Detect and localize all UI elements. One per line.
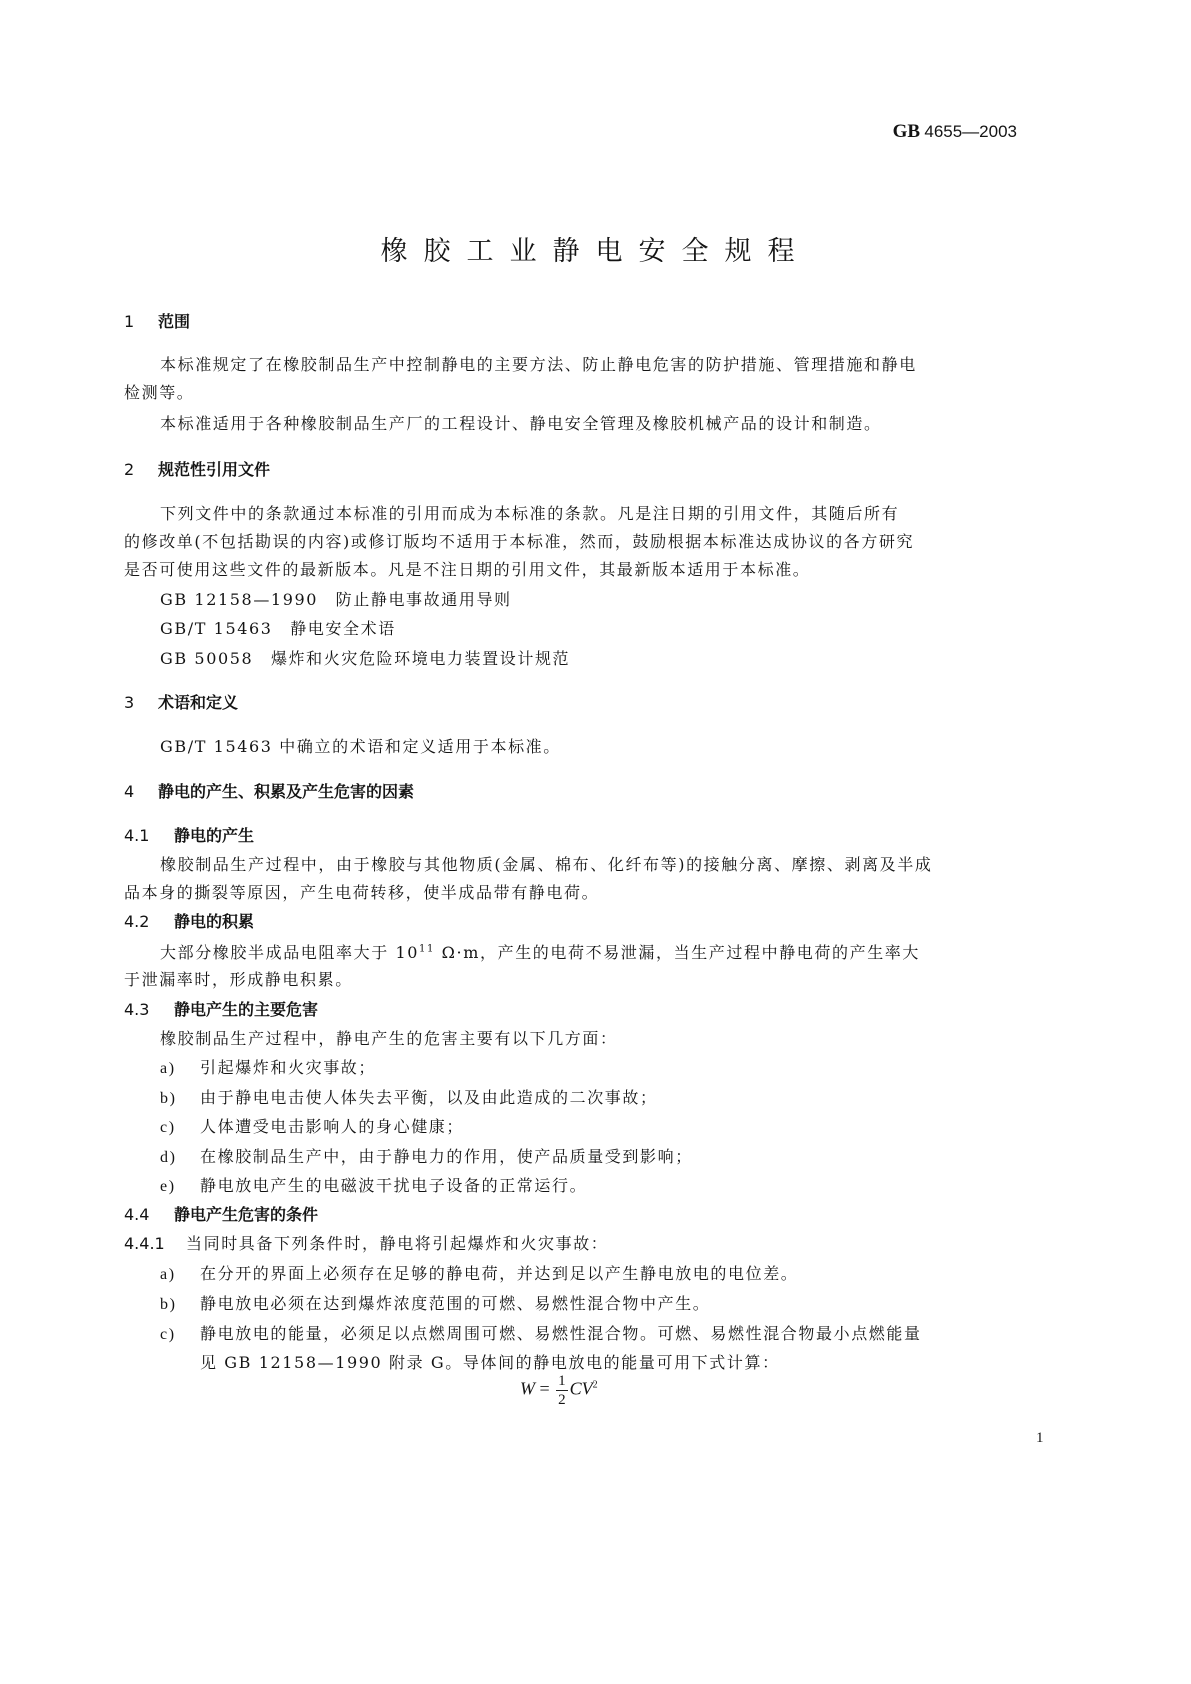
section-4-3-intro: 橡胶制品生产过程中，静电产生的危害主要有以下几方面：: [160, 1026, 618, 1049]
standard-prefix: GB: [893, 121, 920, 142]
list-item-continuation: 见 GB 12158—1990 附录 G。导体间的静电放电的能量可用下式计算：: [200, 1350, 780, 1373]
list-item: b)由于静电电击使人体失去平衡，以及由此造成的二次事故；: [160, 1085, 658, 1108]
section-4-2-line-2: 于泄漏率时，形成静电积累。: [124, 967, 353, 990]
section-2-para-line-3: 是否可使用这些文件的最新版本。凡是不注日期的引用文件，其最新版本适用于本标准。: [124, 557, 810, 580]
section-4-3-heading: 4.3静电产生的主要危害: [124, 997, 318, 1020]
list-item: d)在橡胶制品生产中，由于静电力的作用，使产品质量受到影响；: [160, 1144, 693, 1167]
list-item: a)在分开的界面上必须存在足够的静电荷，并达到足以产生静电放电的电位差。: [160, 1261, 798, 1284]
section-2-para-line-2: 的修改单(不包括勘误的内容)或修订版均不适用于本标准，然而，鼓励根据本标准达成协…: [124, 529, 914, 552]
standard-code: 4655—2003: [924, 122, 1017, 141]
section-1-heading: 1范围: [124, 309, 190, 332]
section-3-para: GB/T 15463 中确立的术语和定义适用于本标准。: [160, 734, 561, 757]
section-4-1-heading: 4.1静电的产生: [124, 823, 254, 846]
section-1-para-1-line-1: 本标准规定了在橡胶制品生产中控制静电的主要方法、防止静电危害的防护措施、管理措施…: [160, 352, 917, 375]
reference-item: GB/T 15463 静电安全术语: [160, 616, 396, 639]
document-title: 橡胶工业静电安全规程: [0, 229, 1191, 268]
section-2-heading: 2规范性引用文件: [124, 457, 270, 480]
section-4-heading: 4静电的产生、积累及产生危害的因素: [124, 779, 414, 802]
fraction: 12: [556, 1372, 568, 1409]
document-page: GB 4655—2003 橡胶工业静电安全规程 1范围 本标准规定了在橡胶制品生…: [0, 0, 1191, 1684]
section-1-para-1-line-2: 检测等。: [124, 380, 194, 403]
reference-item: GB 50058 爆炸和火灾危险环境电力装置设计规范: [160, 646, 570, 669]
section-1-para-2: 本标准适用于各种橡胶制品生产厂的工程设计、静电安全管理及橡胶机械产品的设计和制造…: [160, 411, 882, 434]
section-4-4-1-text: 4.4.1当同时具备下列条件时，静电将引起爆炸和火灾事故：: [124, 1231, 608, 1254]
list-item: a)引起爆炸和火灾事故；: [160, 1055, 376, 1078]
standard-number: GB 4655—2003: [893, 121, 1017, 143]
section-4-1-line-2: 品本身的撕裂等原因，产生电荷转移，使半成品带有静电荷。: [124, 880, 599, 903]
section-3-heading: 3术语和定义: [124, 690, 238, 713]
energy-formula: W = 12CV2: [520, 1372, 598, 1409]
section-2-para-line-1: 下列文件中的条款通过本标准的引用而成为本标准的条款。凡是注日期的引用文件，其随后…: [160, 501, 899, 524]
section-4-2-line-1: 大部分橡胶半成品电阻率大于 1011 Ω·m，产生的电荷不易泄漏，当生产过程中静…: [160, 940, 920, 963]
section-4-1-line-1: 橡胶制品生产过程中，由于橡胶与其他物质(金属、棉布、化纤布等)的接触分离、摩擦、…: [160, 852, 933, 875]
page-number: 1: [1036, 1430, 1044, 1447]
list-item: c)人体遭受电击影响人的身心健康；: [160, 1114, 464, 1137]
list-item: b)静电放电必须在达到爆炸浓度范围的可燃、易燃性混合物中产生。: [160, 1291, 710, 1314]
list-item: c)静电放电的能量，必须足以点燃周围可燃、易燃性混合物。可燃、易燃性混合物最小点…: [160, 1321, 922, 1344]
section-4-2-heading: 4.2静电的积累: [124, 909, 254, 932]
reference-item: GB 12158—1990 防止静电事故通用导则: [160, 587, 512, 610]
list-item: e)静电放电产生的电磁波干扰电子设备的正常运行。: [160, 1173, 587, 1196]
section-4-4-heading: 4.4静电产生危害的条件: [124, 1202, 318, 1225]
